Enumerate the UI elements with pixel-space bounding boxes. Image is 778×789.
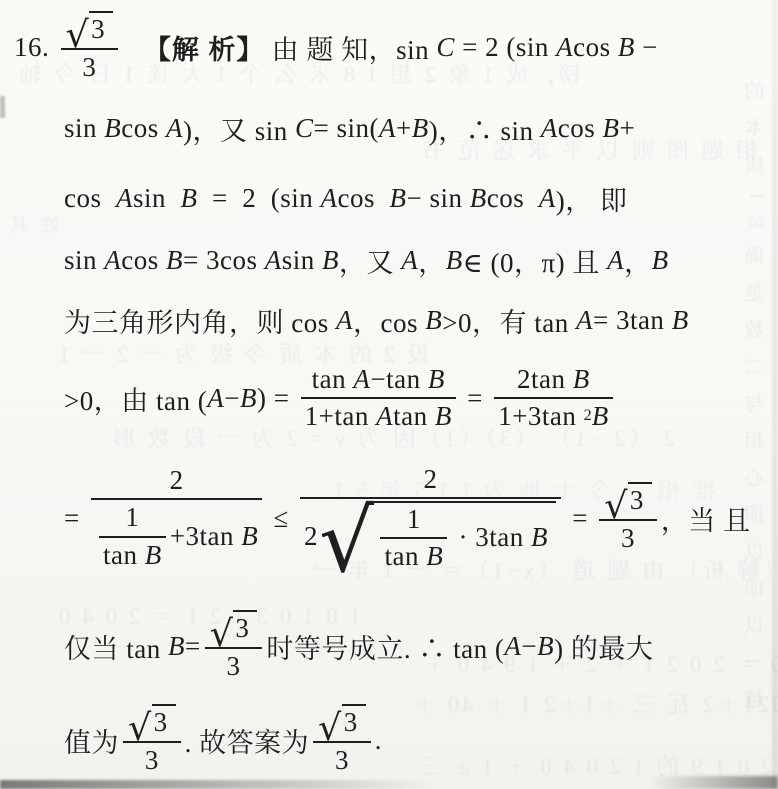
math-variable: B xyxy=(390,183,407,214)
math-variable: B xyxy=(531,522,548,553)
math-variable: A xyxy=(116,183,133,214)
math-text: cos xyxy=(487,183,539,214)
radicand: 3 xyxy=(342,704,366,738)
fraction-bar xyxy=(301,397,456,399)
math-variable: B xyxy=(168,631,185,662)
math-text: = 2 (sin xyxy=(198,183,321,214)
denominator: tan B xyxy=(380,541,447,572)
math-text: tan xyxy=(393,401,435,432)
math-text: = 2 (sin xyxy=(455,32,556,63)
math-variable: B xyxy=(412,113,429,144)
math-variable: A xyxy=(104,245,121,276)
text-line-3: cos Asin B = 2 (sin Acos B− sin Bcos A)，… xyxy=(64,170,628,226)
math-text: cos xyxy=(121,113,166,144)
numerator: 2 xyxy=(166,465,188,496)
text-line-9: 值为√33. 故答案为√33. xyxy=(64,700,382,780)
fraction: 2tan B1+3tan 2B xyxy=(494,364,613,432)
math-variable: A xyxy=(353,364,370,395)
math-text: sin xyxy=(64,113,104,144)
denominator: tan B xyxy=(99,540,166,571)
math-text: = 3cos xyxy=(183,245,265,276)
math-variable: B xyxy=(537,631,554,662)
numerator: 2 xyxy=(420,464,442,495)
math-variable: B xyxy=(166,245,183,276)
math-text: 1+3tan xyxy=(498,401,583,432)
math-variable: A xyxy=(379,113,396,144)
superscript: 2 xyxy=(584,406,592,425)
math-variable: A xyxy=(607,245,624,276)
numerator: √3 xyxy=(313,704,371,738)
math-variable: B xyxy=(603,113,620,144)
math-text: 3 xyxy=(154,707,168,738)
fraction: 1tan B xyxy=(380,504,447,572)
math-text: 16. xyxy=(14,32,57,63)
math-variable: A xyxy=(401,245,418,276)
text-line-4: sin Acos B= 3cos Asin B，又 A，B∈ (0，π) 且 A… xyxy=(64,232,669,288)
radical-sign-icon: √ xyxy=(128,714,152,741)
math-text: )，又 sin xyxy=(183,109,295,148)
math-variable: A xyxy=(556,32,573,63)
fraction: √33 xyxy=(123,704,181,775)
math-variable: A xyxy=(265,245,282,276)
math-variable: C xyxy=(295,113,314,144)
math-variable: C xyxy=(436,32,455,63)
math-variable: B xyxy=(322,245,339,276)
math-text: = sin( xyxy=(314,113,379,144)
math-text xyxy=(122,32,144,63)
fraction: 21tan B+3tan B xyxy=(91,465,262,570)
ghost-text: 2 020−2 021＋2 瓦 三 ＋1＋2 1 ＋ 40 ＋ xyxy=(410,686,778,719)
math-text: ∈ (0，π) 且 xyxy=(463,241,607,280)
fraction-bar xyxy=(494,397,613,399)
ghost-text: 姓 其 xyxy=(6,208,60,237)
math-variable: A xyxy=(336,305,353,336)
fraction-bar xyxy=(380,537,447,539)
numerator: 1 xyxy=(121,502,143,533)
math-text: + xyxy=(620,113,636,144)
math-text: cos xyxy=(64,183,116,214)
math-variable: A xyxy=(207,383,224,414)
radical-sign-icon: √ xyxy=(319,510,374,575)
fraction: √33 xyxy=(61,11,119,82)
math-text: 2tan xyxy=(517,364,573,395)
math-text: cos xyxy=(573,32,618,63)
math-text: −tan xyxy=(370,364,427,395)
math-text: + xyxy=(396,113,412,144)
math-variable: B xyxy=(618,32,635,63)
denominator: 1+tan Atan B xyxy=(301,401,456,432)
fraction-bar xyxy=(99,536,166,538)
math-text: tan xyxy=(384,541,426,572)
radical-sign-icon: √ xyxy=(604,492,628,519)
text-line-1: 16. √33 【解 析】 由 题 知，sin C = 2 (sin Acos … xyxy=(14,12,658,82)
math-text: sin xyxy=(282,245,322,276)
square-root: √3 xyxy=(210,610,258,644)
math-text: tan xyxy=(312,364,354,395)
math-text: sin xyxy=(64,245,104,276)
denominator: 1+3tan 2B xyxy=(494,401,613,432)
square-root: √1tan B · 3tan B xyxy=(319,501,556,572)
math-text: − xyxy=(635,32,658,63)
math-text: ≤ xyxy=(266,503,296,534)
math-text: 1 xyxy=(407,504,421,535)
text-line-7: = 21tan B+3tan B ≤ 22√1tan B · 3tan B = … xyxy=(64,456,751,580)
scan-edge-shadow-right xyxy=(772,0,778,789)
math-text: − xyxy=(521,631,537,662)
math-text: 3 xyxy=(91,14,105,45)
math-text: 1 xyxy=(125,502,139,533)
numerator: 2tan B xyxy=(513,364,594,395)
math-text: )，∴ sin xyxy=(429,109,541,148)
numerator: tan A−tan B xyxy=(308,364,449,395)
math-variable: A xyxy=(576,305,593,336)
math-text: = 3tan xyxy=(593,305,672,336)
math-text: ， xyxy=(624,241,652,280)
ghost-text: 的 本 质 1 3 确 是 数 二 与 相 心 即 以 即 以 一 越 xyxy=(742,80,771,715)
math-text: 1+tan xyxy=(305,401,376,432)
math-text: sin xyxy=(133,183,181,214)
math-text: = xyxy=(64,503,87,534)
math-variable: A xyxy=(321,183,338,214)
math-text: 时等号成立. ∴ tan ( xyxy=(266,627,504,666)
math-text: 由 题 知，sin xyxy=(264,28,436,67)
radicand: 3 xyxy=(152,704,176,738)
radicand: 3 xyxy=(233,610,257,644)
numerator: √3 xyxy=(123,704,181,738)
text-line-2: sin Bcos A)，又 sin C= sin(A+B)，∴ sin Acos… xyxy=(64,100,635,156)
math-text: ，当 且 xyxy=(661,499,751,538)
radical-sign-icon: √ xyxy=(66,21,90,48)
radicand: 3 xyxy=(628,482,652,516)
math-text: . 故答案为 xyxy=(185,721,310,760)
scan-edge-shadow-corner xyxy=(648,776,778,789)
denominator: 1tan B+3tan B xyxy=(91,502,262,570)
math-variable: B xyxy=(426,541,443,572)
radicand: 1tan B · 3tan B xyxy=(374,501,555,572)
math-text: >0，由 tan ( xyxy=(64,379,207,418)
math-text: cos xyxy=(121,245,166,276)
fraction: √33 xyxy=(205,610,263,681)
math-variable: B xyxy=(470,183,487,214)
square-root: √3 xyxy=(318,704,366,738)
math-text: 2 xyxy=(424,464,438,495)
math-text: 为三角形内角，则 cos xyxy=(64,301,336,340)
numerator: √3 xyxy=(61,11,119,45)
radical-sign-icon: √ xyxy=(318,714,342,741)
math-text: = xyxy=(460,383,490,414)
math-text: )， 即 xyxy=(556,179,628,218)
fraction: 22√1tan B · 3tan B xyxy=(300,464,561,572)
math-variable: B xyxy=(145,540,162,571)
math-text: 2 xyxy=(170,465,184,496)
text-line-5: 为三角形内角，则 cos A，cos B>0，有 tan A= 3tan B xyxy=(64,292,689,348)
math-text: 3 xyxy=(344,707,358,738)
math-text: +3tan xyxy=(170,521,241,552)
text-line-6: >0，由 tan (A−B) = tan A−tan B1+tan Atan B… xyxy=(64,354,617,442)
math-variable: B xyxy=(241,521,258,552)
math-variable: B xyxy=(446,245,463,276)
math-text: − xyxy=(224,383,240,414)
math-text: ) = xyxy=(257,383,297,414)
math-variable: A xyxy=(376,401,393,432)
scan-edge-mark-left xyxy=(0,96,5,118)
math-variable: B xyxy=(652,245,669,276)
math-variable: B xyxy=(573,364,590,395)
radicand: 3 xyxy=(89,11,113,45)
section-label: 【解 析】 xyxy=(144,28,265,67)
square-root: √3 xyxy=(66,11,114,45)
fraction: 1tan B xyxy=(99,502,166,570)
math-text: ，又 xyxy=(339,241,401,280)
math-text: 2 xyxy=(304,521,318,552)
math-variable: B xyxy=(425,305,442,336)
math-text: 3 xyxy=(630,485,644,516)
math-variable: B xyxy=(104,113,121,144)
numerator: √3 xyxy=(599,482,657,516)
math-text: ， xyxy=(418,241,446,280)
math-variable: A xyxy=(166,113,183,144)
math-text: 3 xyxy=(235,613,249,644)
fraction: √33 xyxy=(599,482,657,553)
math-variable: B xyxy=(672,305,689,336)
numerator: 1 xyxy=(403,504,425,535)
math-variable: B xyxy=(240,383,257,414)
denominator: 2√1tan B · 3tan B xyxy=(300,501,561,572)
scanned-page: 镑，成 1 象 2 想 1 8 米 么 个 1 大 谈 1 日 今 轴 相 题 … xyxy=(0,0,778,789)
math-variable: A xyxy=(539,183,556,214)
math-variable: A xyxy=(541,113,558,144)
math-text: 仅当 tan xyxy=(64,627,168,666)
numerator: √3 xyxy=(205,610,263,644)
math-variable: B xyxy=(181,183,198,214)
fraction: √33 xyxy=(313,704,371,775)
radical-sign-icon: √ xyxy=(210,620,234,647)
fraction: tan A−tan B1+tan Atan B xyxy=(301,364,456,432)
math-text: ) 的最大 xyxy=(554,627,653,666)
math-text: cos xyxy=(338,183,390,214)
math-variable: B xyxy=(592,401,609,432)
math-text: − sin xyxy=(407,183,470,214)
math-variable: B xyxy=(435,401,452,432)
scan-edge-shadow-bottom xyxy=(0,780,436,789)
fraction-bar xyxy=(91,498,262,500)
math-text: cos xyxy=(558,113,603,144)
math-variable: A xyxy=(504,631,521,662)
square-root: √3 xyxy=(128,704,176,738)
text-line-8: 仅当 tan B=√33时等号成立. ∴ tan (A−B) 的最大 xyxy=(64,606,653,686)
math-text: . xyxy=(375,725,382,756)
math-variable: B xyxy=(428,364,445,395)
math-text: >0，有 tan xyxy=(442,301,576,340)
math-text: ，cos xyxy=(353,301,425,340)
math-text: tan xyxy=(103,540,145,571)
math-text: = xyxy=(185,631,201,662)
math-text: = xyxy=(565,503,595,534)
math-text: · 3tan xyxy=(451,522,531,553)
square-root: √3 xyxy=(604,482,652,516)
math-text: 值为 xyxy=(64,721,119,760)
